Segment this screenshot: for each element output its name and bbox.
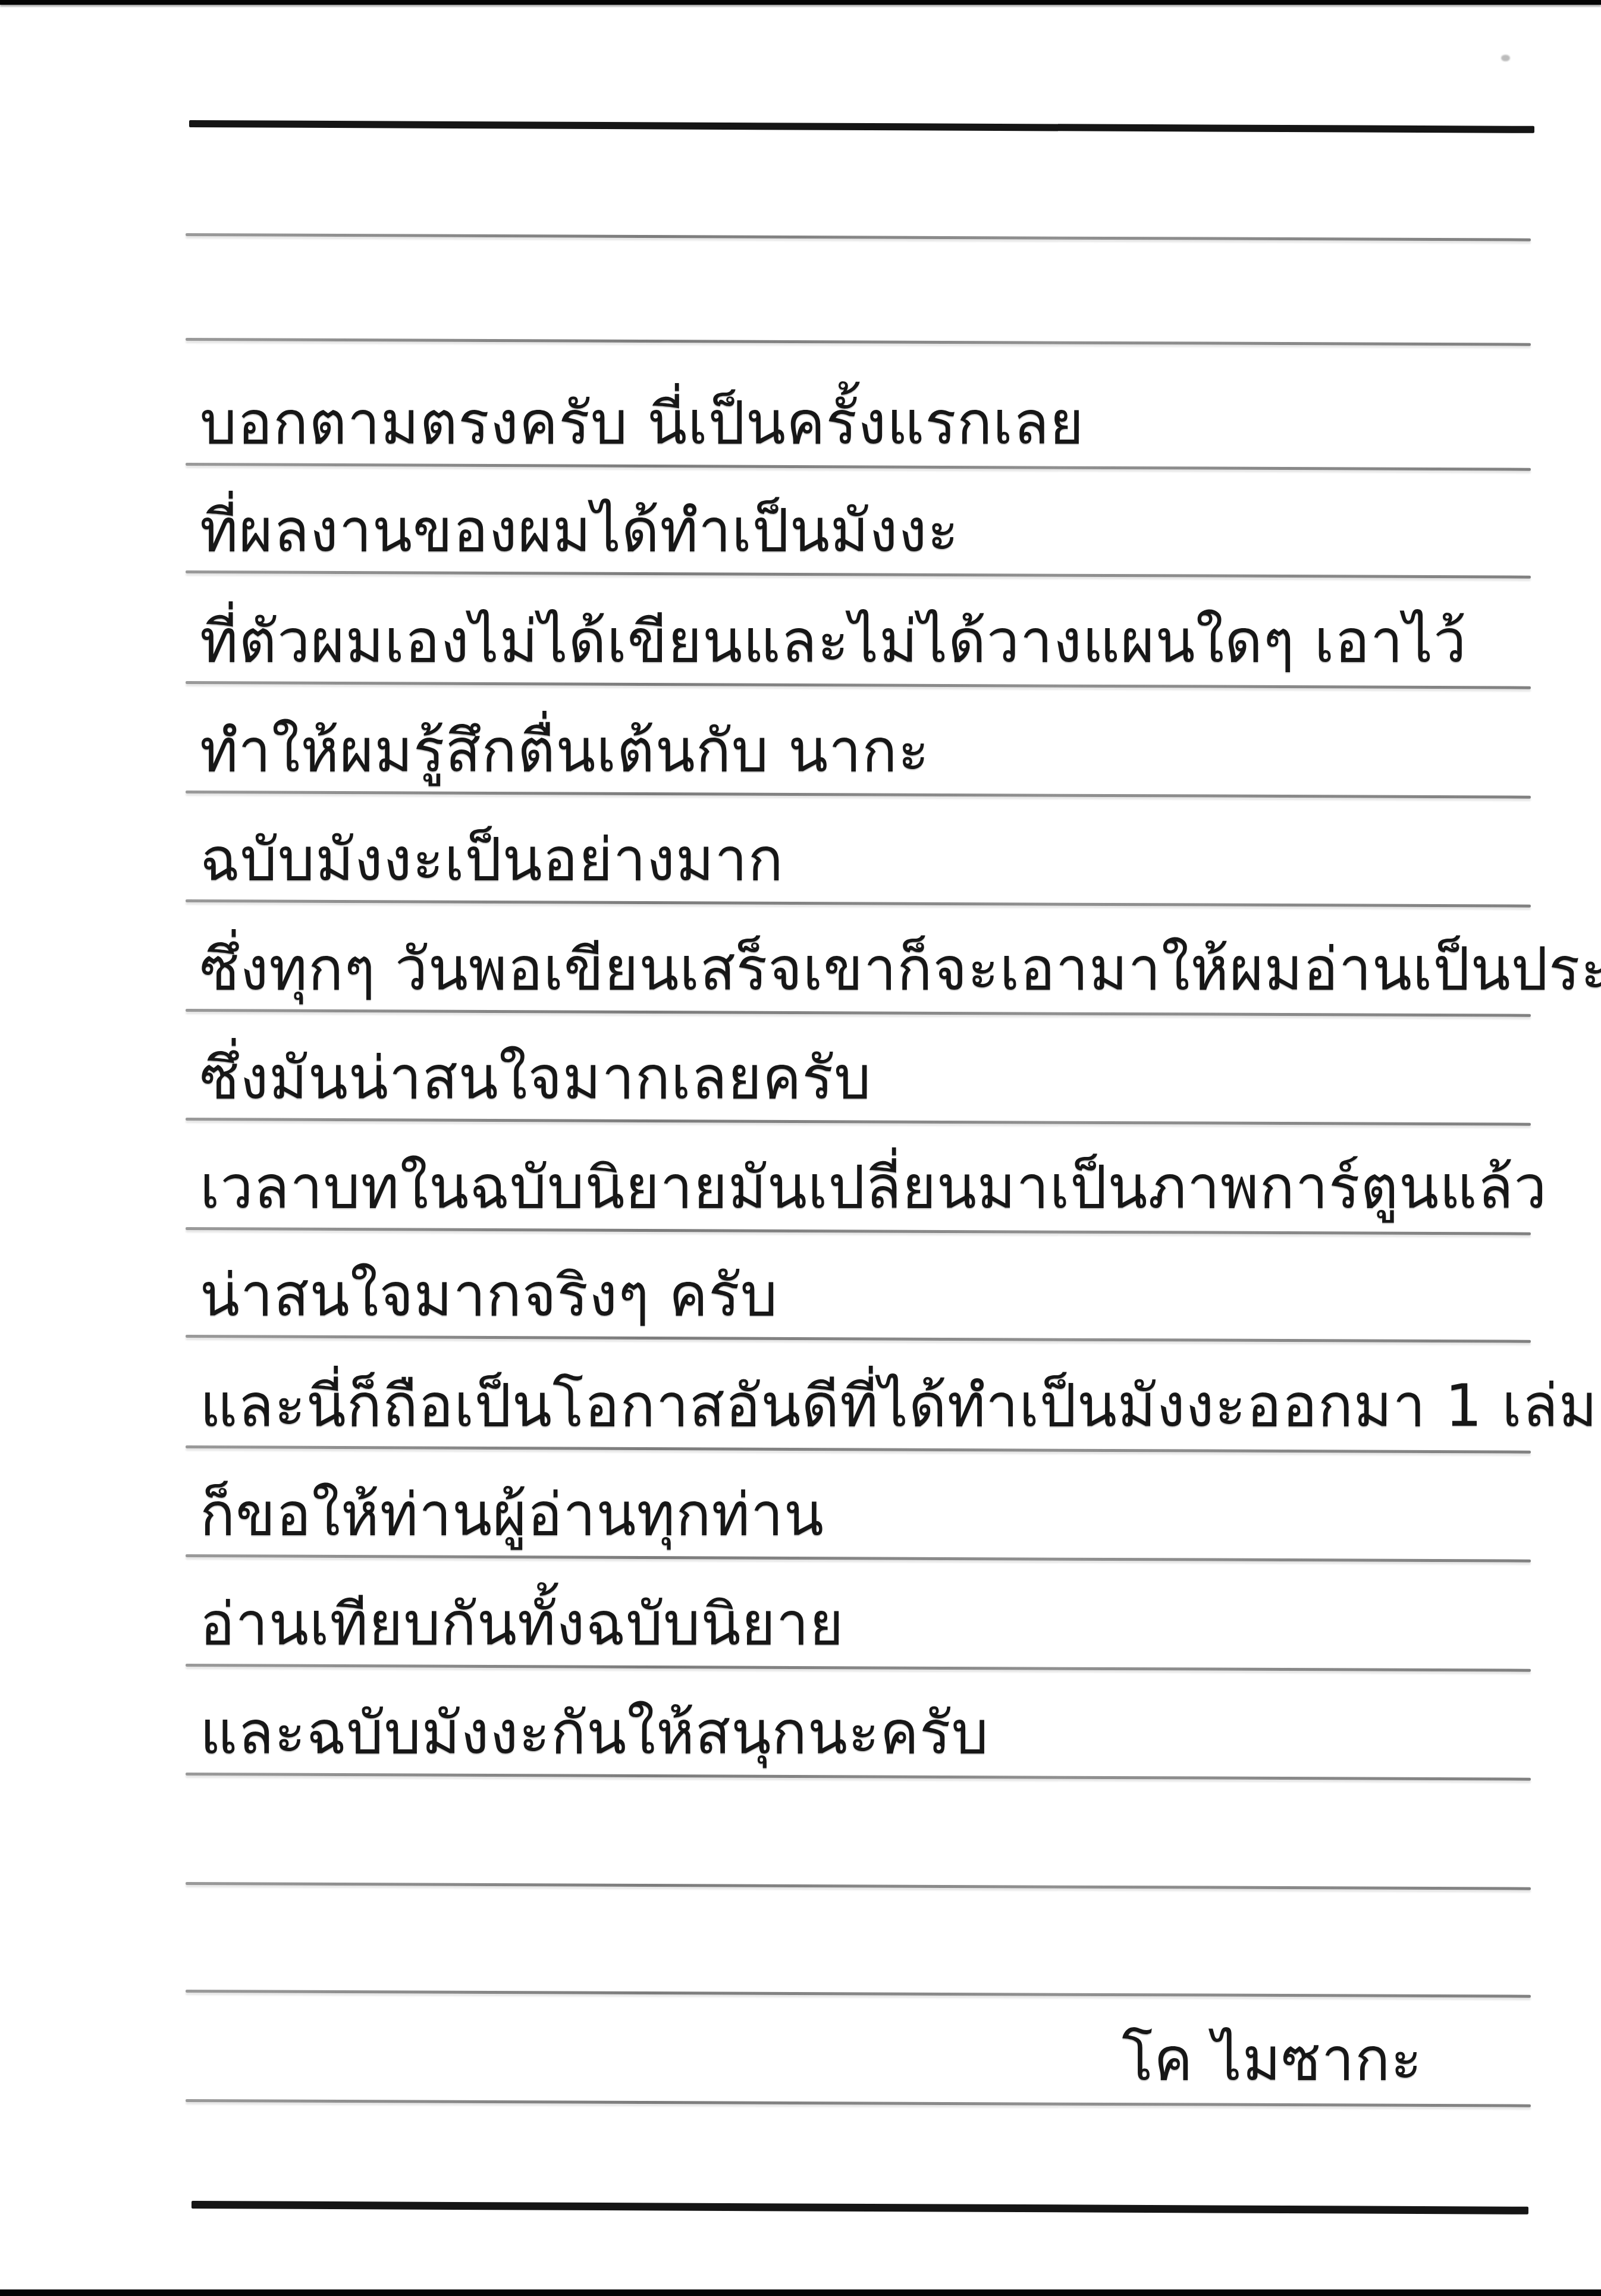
text-line-11: ก็ขอให้ท่านผู้อ่านทุกท่าน bbox=[200, 1485, 1530, 1546]
ruled-line bbox=[186, 1009, 1531, 1017]
scan-edge-top bbox=[0, 0, 1601, 5]
ruled-line bbox=[186, 463, 1531, 471]
ruled-line bbox=[186, 1882, 1531, 1890]
text-line-6: ซึ่งทุกๆ วันพอเขียนเสร็จเขาก็จะเอามาให้ผ… bbox=[200, 939, 1530, 1000]
ruled-line bbox=[186, 1227, 1531, 1235]
author-signature: โค ไมซากะ bbox=[1122, 2030, 1423, 2091]
ruled-line bbox=[186, 2099, 1531, 2107]
ruled-line bbox=[186, 1990, 1531, 1998]
text-line-8: เวลาบทในฉบับนิยายมันเปลี่ยนมาเป็นภาพการ์… bbox=[200, 1158, 1530, 1219]
ruled-line bbox=[186, 1445, 1531, 1454]
top-border-rule bbox=[189, 120, 1534, 133]
text-line-4: ทำให้ผมรู้สึกตื่นเต้นกับ นากะ bbox=[200, 721, 1530, 782]
scan-edge-bottom bbox=[0, 2289, 1601, 2296]
scan-speck bbox=[1501, 55, 1510, 61]
text-line-3: ที่ตัวผมเองไม่ได้เขียนและไม่ได้วางแผนใดๆ… bbox=[200, 611, 1530, 673]
afterword-page: บอกตามตรงครับ นี่เป็นครั้งแรกเลย ที่ผลงา… bbox=[0, 0, 1601, 2296]
ruled-line bbox=[186, 570, 1531, 579]
ruled-line bbox=[186, 1773, 1531, 1781]
ruled-line bbox=[186, 338, 1531, 346]
ruled-line bbox=[186, 791, 1531, 799]
ruled-line bbox=[186, 899, 1531, 908]
text-line-13: และฉบับมังงะกันให้สนุกนะครับ bbox=[200, 1703, 1530, 1764]
bottom-border-rule bbox=[192, 2201, 1528, 2215]
text-line-2: ที่ผลงานของผมได้ทำเป็นมังงะ bbox=[200, 501, 1530, 562]
ruled-line bbox=[186, 233, 1531, 241]
ruled-line bbox=[186, 1335, 1531, 1343]
text-line-10: และนี่ก็ถือเป็นโอกาสอันดีที่ได้ทำเป็นมัง… bbox=[200, 1376, 1530, 1437]
text-line-5: ฉบับมังงะเป็นอย่างมาก bbox=[200, 830, 1530, 891]
text-line-9: น่าสนใจมากจริงๆ ครับ bbox=[200, 1265, 1530, 1326]
ruled-line bbox=[186, 1554, 1531, 1563]
text-line-7: ซึ่งมันน่าสนใจมากเลยครับ bbox=[200, 1048, 1530, 1109]
ruled-line bbox=[186, 1118, 1531, 1126]
text-line-1: บอกตามตรงครับ นี่เป็นครั้งแรกเลย bbox=[200, 393, 1530, 454]
text-line-12: อ่านเทียบกันทั้งฉบับนิยาย bbox=[200, 1594, 1530, 1655]
ruled-line bbox=[186, 1664, 1531, 1672]
ruled-line bbox=[186, 681, 1531, 689]
